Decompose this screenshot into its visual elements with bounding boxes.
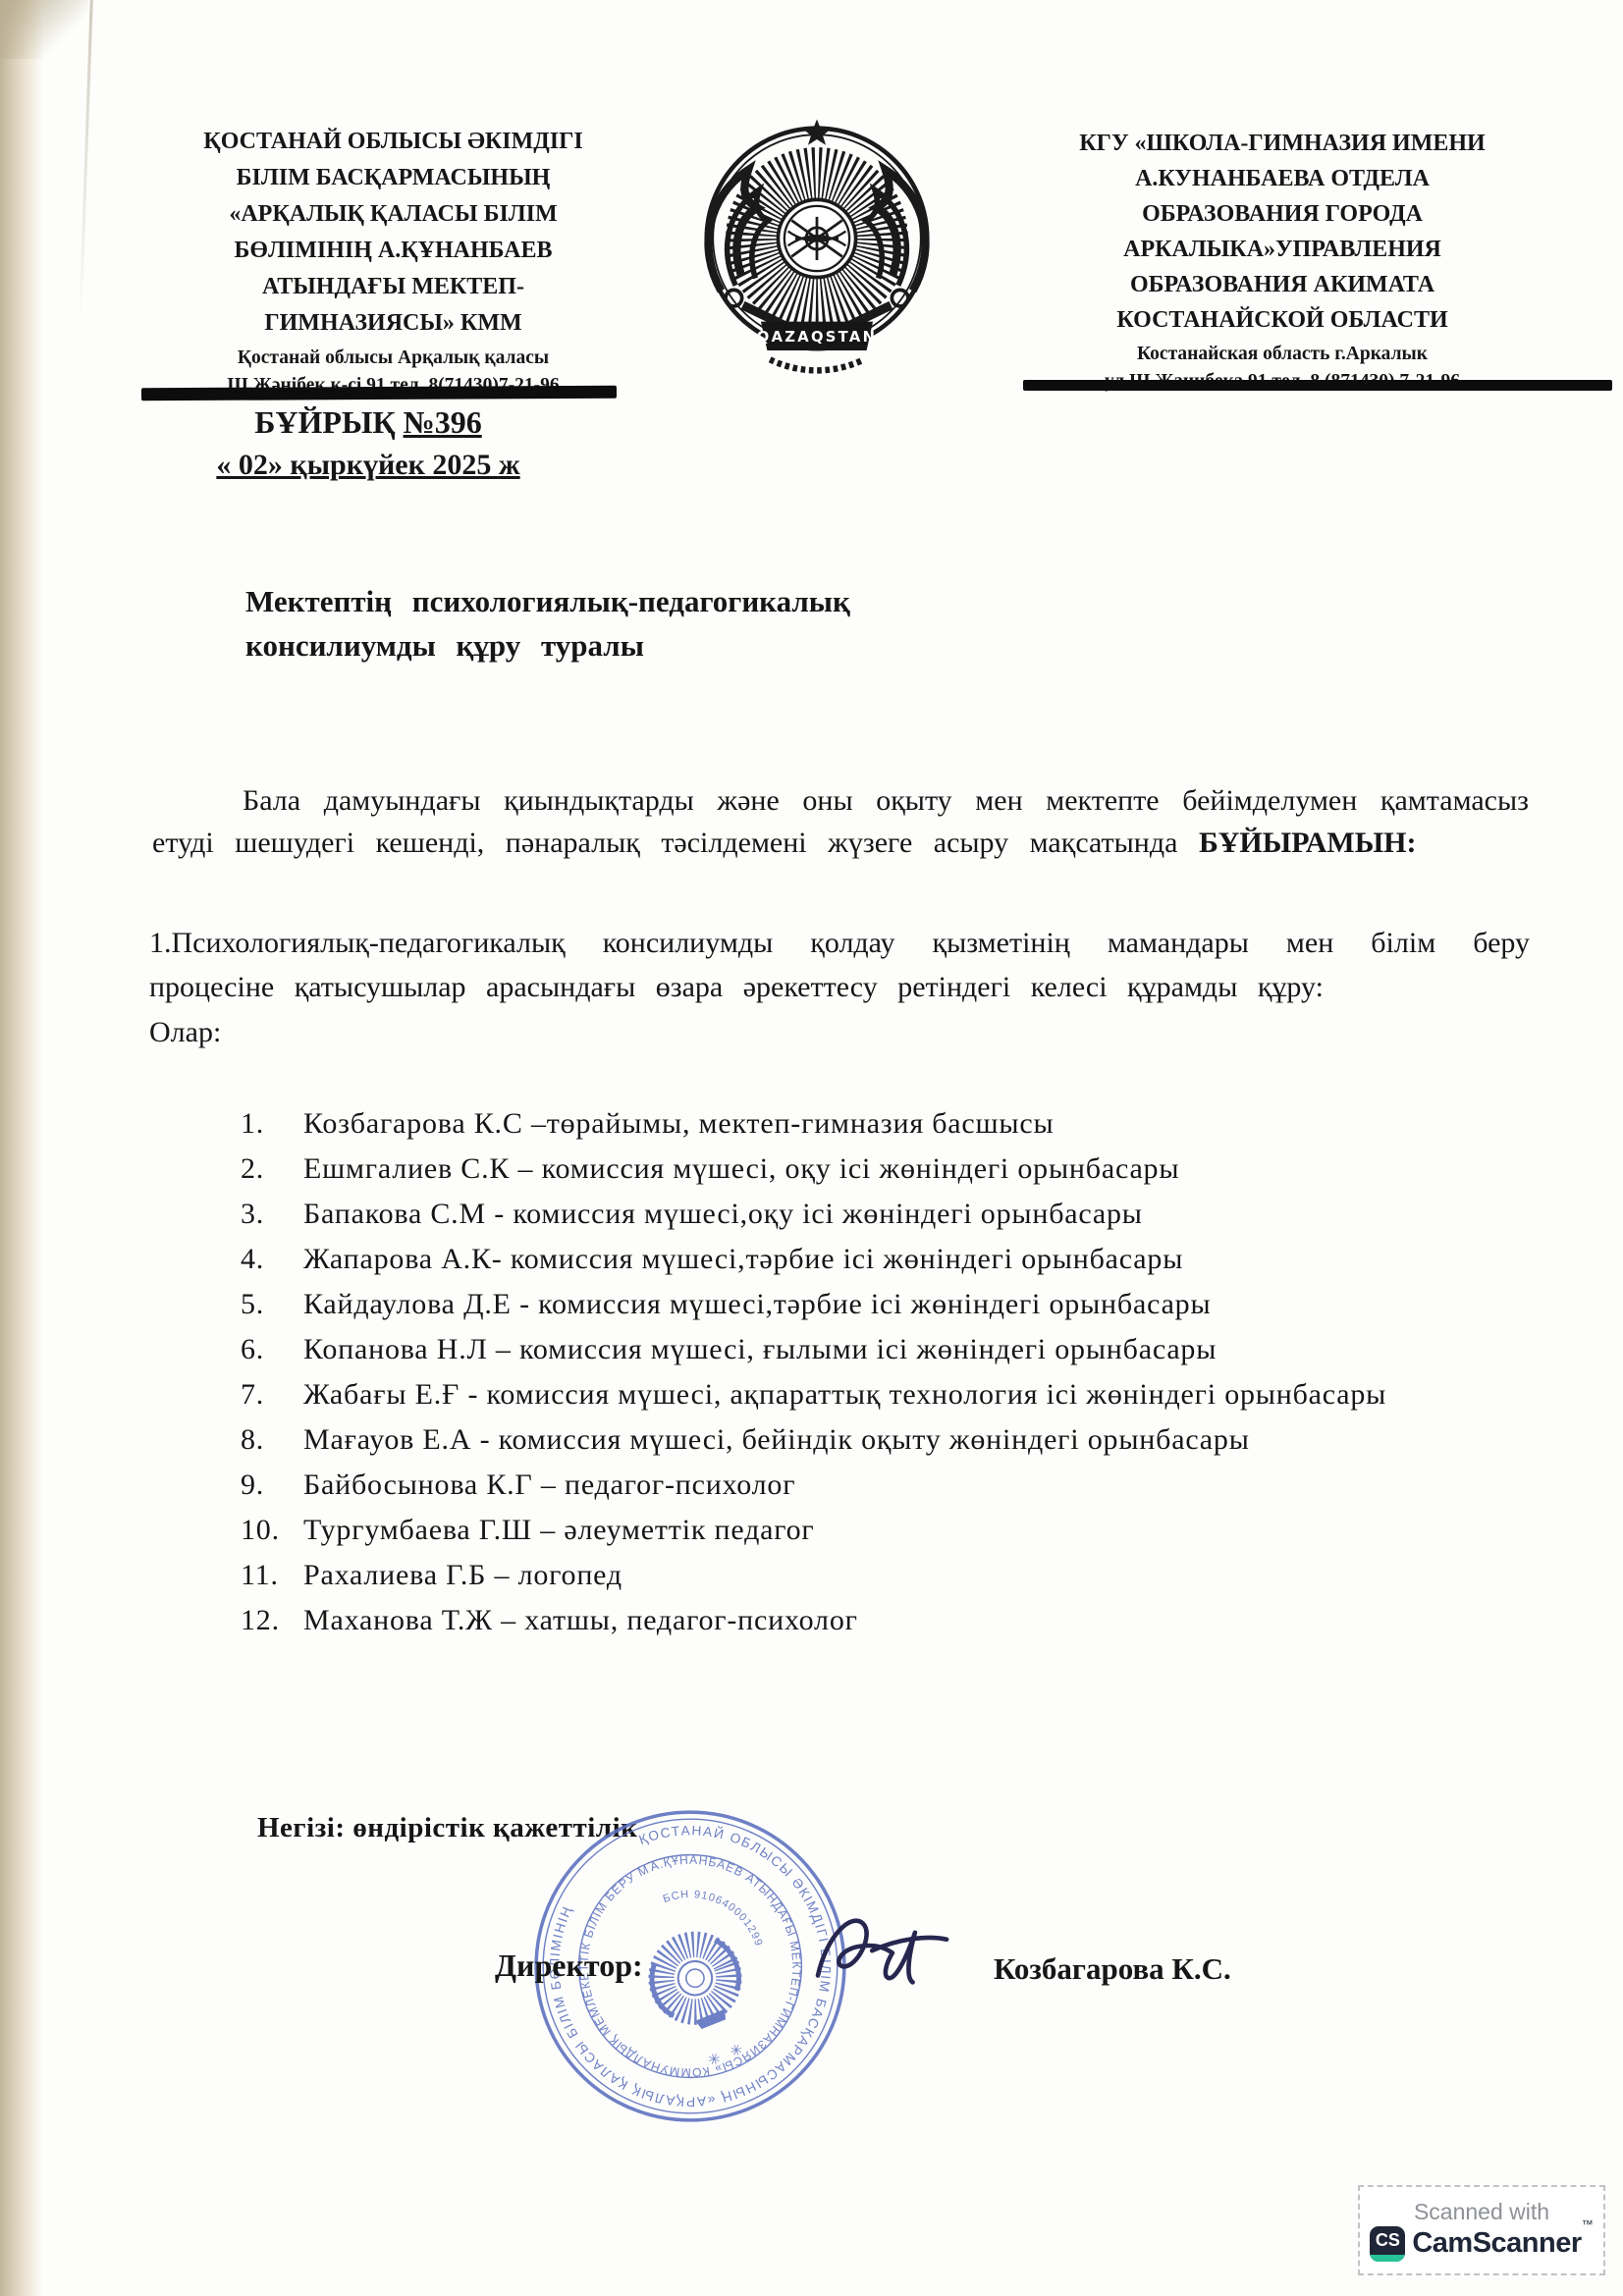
- address-line: Костанайская область г.Аркалык: [1017, 341, 1547, 368]
- list-item: 4.Жапарова А.К- комиссия мүшесі,тәрбие і…: [241, 1237, 1507, 1282]
- camscanner-logo-icon: CS: [1370, 2226, 1405, 2262]
- order-date-line: « 02» қыркүйек 2025 ж: [157, 449, 579, 482]
- order-label: БҰЙРЫҚ: [254, 404, 395, 440]
- letterhead-kazakh-line: БӨЛІМІНІҢ А.ҚҰНАНБАЕВ: [145, 233, 641, 269]
- list-item-text: Бапакова С.М - комиссия мүшесі,оқу ісі ж…: [303, 1192, 1496, 1237]
- list-item: 3.Бапакова С.М - комиссия мүшесі,оқу ісі…: [241, 1192, 1507, 1237]
- document-title: Мектептің психологиялық-педагогикалық ко…: [245, 579, 850, 667]
- list-item-text: Рахалиева Г.Б – логопед: [303, 1553, 1496, 1598]
- list-item-text: Жабағы Е.Ғ - комиссия мүшесі, ақпараттық…: [303, 1372, 1496, 1417]
- list-item-number: 12.: [241, 1598, 303, 1643]
- camscanner-brand: CamScanner™: [1412, 2227, 1593, 2260]
- list-item-number: 8.: [241, 1417, 303, 1463]
- camscanner-scanned-with: Scanned with: [1414, 2200, 1549, 2223]
- list-item: 12.Маханова Т.Ж – хатшы, педагог-психоло…: [241, 1598, 1507, 1643]
- camscanner-brand-row: CS CamScanner™: [1370, 2226, 1593, 2262]
- camscanner-logo-letters: CS: [1376, 2230, 1400, 2251]
- list-item: 7.Жабағы Е.Ғ - комиссия мүшесі, ақпаратт…: [241, 1372, 1507, 1417]
- list-item-number: 7.: [241, 1372, 303, 1417]
- list-item-number: 10.: [241, 1508, 303, 1553]
- letterhead-kazakh-line: БІЛІМ БАСҚАРМАСЫНЫҢ: [145, 160, 641, 196]
- list-item-text: Мағауов Е.А - комиссия мүшесі, бейіндік …: [303, 1417, 1496, 1463]
- letterhead-russian-line: ОБРАЗОВАНИЯ ГОРОДА: [1017, 196, 1547, 232]
- list-item: 9.Байбосынова К.Г – педагог-психолог: [241, 1463, 1507, 1508]
- list-item-text: Козбагарова К.С –төрайымы, мектеп-гимназ…: [303, 1101, 1496, 1147]
- letterhead-russian: КГУ «ШКОЛА-ГИМНАЗИЯ ИМЕНИ А.КУНАНБАЕВА О…: [1017, 126, 1547, 396]
- list-item: 8.Мағауов Е.А - комиссия мүшесі, бейінді…: [241, 1417, 1507, 1463]
- trademark-symbol: ™: [1582, 2217, 1594, 2231]
- letterhead-kazakh-line: ҚОСТАНАЙ ОБЛЫСЫ ӘКІМДІГІ: [145, 124, 641, 160]
- emblem-banner-text: QAZAQSTAN: [757, 329, 877, 346]
- letterhead-russian-line: ОБРАЗОВАНИЯ АКИМАТА: [1017, 267, 1547, 302]
- letterhead-russian-line: АРКАЛЫКА»УПРАВЛЕНИЯ: [1017, 232, 1547, 267]
- commission-members-list: 1.Козбагарова К.С –төрайымы, мектеп-гимн…: [241, 1101, 1507, 1643]
- list-item-text: Ешмгалиев С.К – комиссия мүшесі, оқу ісі…: [303, 1147, 1496, 1192]
- list-item: 5.Кайдаулова Д.Е - комиссия мүшесі,тәрби…: [241, 1282, 1507, 1327]
- scan-corner-shadow: [0, 0, 88, 59]
- list-item-number: 9.: [241, 1463, 303, 1508]
- list-item-text: Копанова Н.Л – комиссия мүшесі, ғылыми і…: [303, 1327, 1496, 1372]
- point-1-text: 1.Психологиялық-педагогикалық консилиумд…: [149, 927, 1530, 1003]
- list-item: 6.Копанова Н.Л – комиссия мүшесі, ғылыми…: [241, 1327, 1507, 1372]
- document-title-line: Мектептің психологиялық-педагогикалық: [245, 579, 850, 623]
- list-item-number: 11.: [241, 1553, 303, 1598]
- kazakhstan-state-emblem-icon: QAZAQSTAN: [681, 108, 952, 391]
- letterhead-kazakh-line: ГИМНАЗИЯСЫ» КММ: [145, 305, 641, 342]
- list-item-number: 5.: [241, 1282, 303, 1327]
- letterhead-russian-line: КОСТАНАЙСКОЙ ОБЛАСТИ: [1017, 302, 1547, 338]
- address-line: Қостанай облысы Арқалық қаласы: [145, 345, 641, 372]
- list-item-number: 1.: [241, 1101, 303, 1147]
- list-item: 2.Ешмгалиев С.К – комиссия мүшесі, оқу і…: [241, 1147, 1507, 1192]
- list-item: 11.Рахалиева Г.Б – логопед: [241, 1553, 1507, 1598]
- letterhead-kazakh-line: «АРҚАЛЫҚ ҚАЛАСЫ БІЛІМ: [145, 196, 641, 233]
- order-number-line: БҰЙРЫҚ №396: [157, 404, 579, 441]
- letterhead-kazakh: ҚОСТАНАЙ ОБЛЫСЫ ӘКІМДІГІ БІЛІМ БАСҚАРМАС…: [145, 124, 641, 400]
- list-item: 10.Тургумбаева Г.Ш – әлеуметтік педагог: [241, 1508, 1507, 1553]
- scan-page-edge: [0, 0, 43, 2296]
- list-item-text: Маханова Т.Ж – хатшы, педагог-психолог: [303, 1598, 1496, 1643]
- intro-paragraph: Бала дамуындағы қиындықтарды және оны оқ…: [152, 779, 1529, 864]
- order-number: №396: [404, 404, 482, 440]
- document-title-line: консилиумды құру туралы: [245, 623, 850, 667]
- list-item-number: 2.: [241, 1147, 303, 1192]
- scanned-document-page: ҚОСТАНАЙ ОБЛЫСЫ ӘКІМДІГІ БІЛІМ БАСҚАРМАС…: [0, 0, 1623, 2296]
- point-1-paragraph: 1.Психологиялық-педагогикалық консилиумд…: [149, 921, 1530, 1054]
- letterhead-russian-line: КГУ «ШКОЛА-ГИМНАЗИЯ ИМЕНИ: [1017, 126, 1547, 161]
- list-item-text: Кайдаулова Д.Е - комиссия мүшесі,тәрбие …: [303, 1282, 1496, 1327]
- letterhead-russian-line: А.КУНАНБАЕВА ОТДЕЛА: [1017, 161, 1547, 196]
- director-signature-ink: [797, 1896, 974, 2009]
- director-name: Козбагарова К.С.: [994, 1951, 1231, 1987]
- list-item: 1.Козбагарова К.С –төрайымы, мектеп-гимн…: [241, 1101, 1507, 1147]
- list-item-text: Байбосынова К.Г – педагог-психолог: [303, 1463, 1496, 1508]
- letterhead-kazakh-line: АТЫНДАҒЫ МЕКТЕП-: [145, 269, 641, 305]
- letterhead-divider-left: [141, 386, 617, 401]
- letterhead-divider-right: [1023, 380, 1612, 391]
- olar-label: Олар:: [149, 1010, 1530, 1054]
- list-item-text: Жапарова А.К- комиссия мүшесі,тәрбие ісі…: [303, 1237, 1496, 1282]
- order-heading: БҰЙРЫҚ №396 « 02» қыркүйек 2025 ж: [157, 404, 579, 482]
- list-item-number: 6.: [241, 1327, 303, 1372]
- director-label: Директор:: [495, 1948, 643, 1984]
- intro-order-verb: БҰЙЫРАМЫН:: [1199, 827, 1417, 859]
- list-item-number: 4.: [241, 1237, 303, 1282]
- camscanner-watermark: Scanned with CS CamScanner™: [1358, 2185, 1605, 2275]
- list-item-text: Тургумбаева Г.Ш – әлеуметтік педагог: [303, 1508, 1496, 1553]
- list-item-number: 3.: [241, 1192, 303, 1237]
